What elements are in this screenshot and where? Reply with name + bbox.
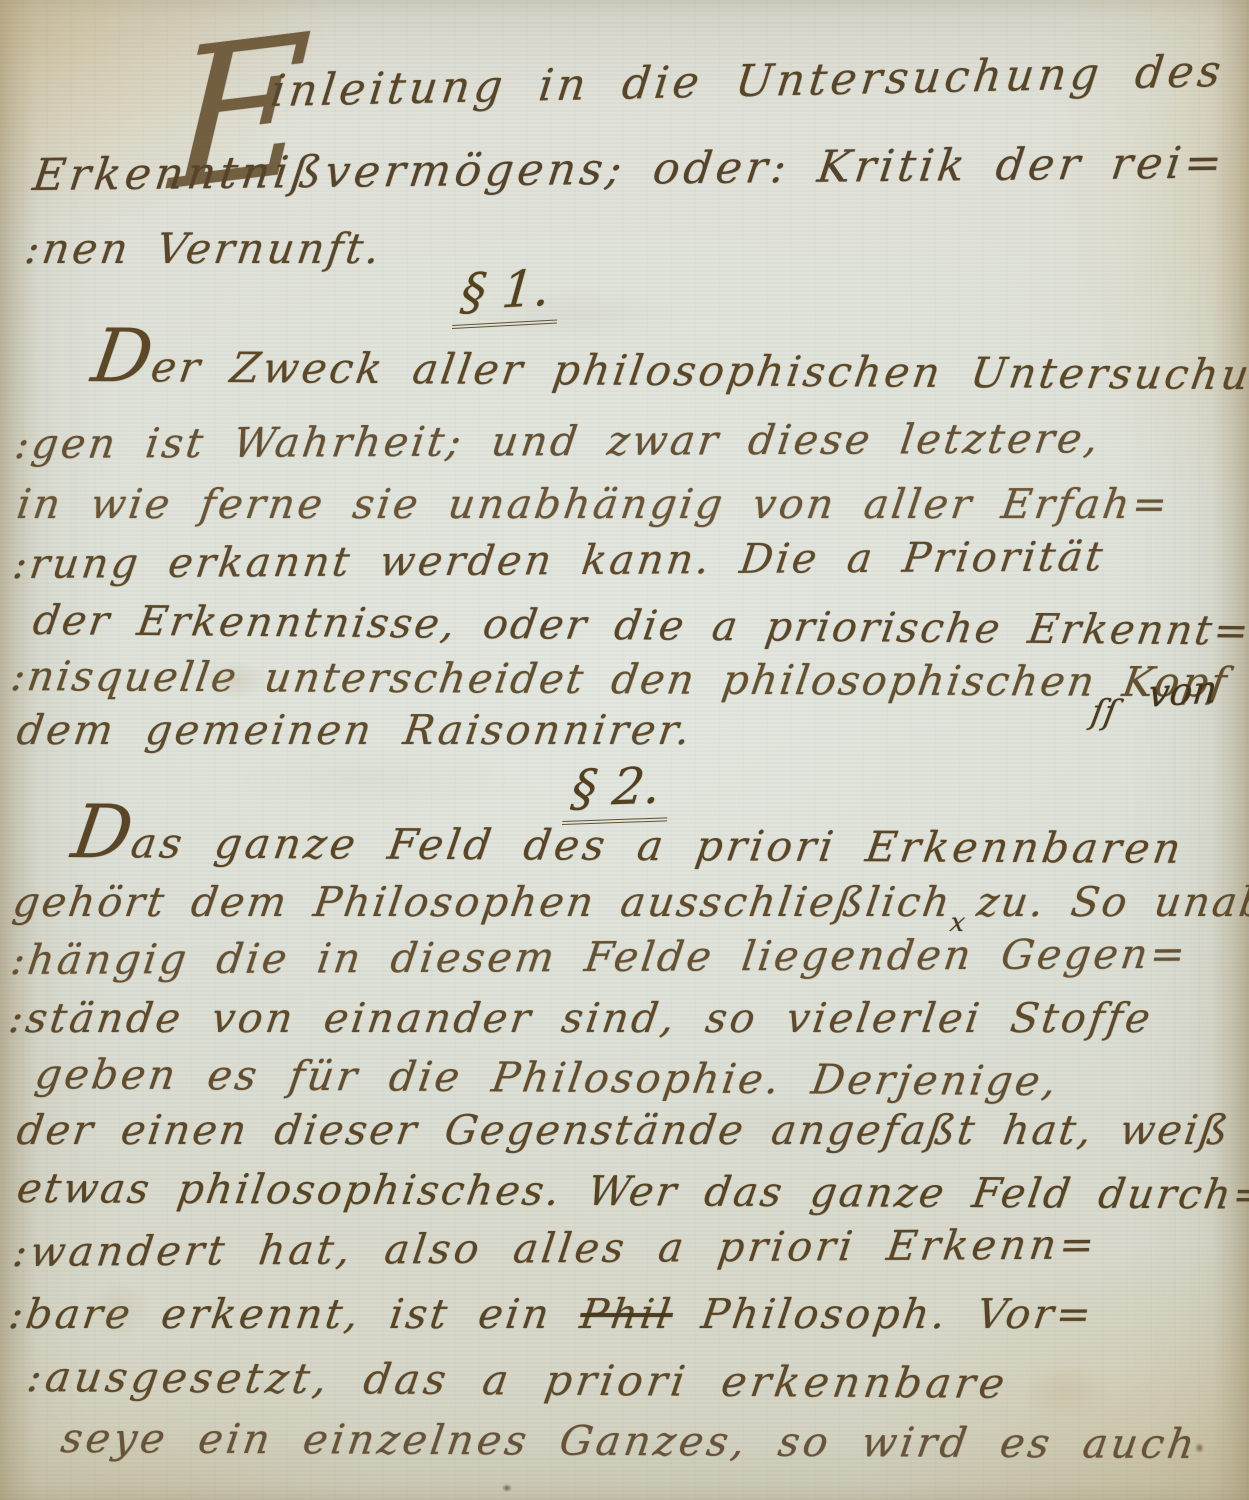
manuscript-line: :ausgesetzt, das a priori erkennbare (24, 1352, 1012, 1408)
manuscript-line: gehört dem Philosophen ausschließlich zu… (10, 878, 1249, 926)
manuscript-line: dem gemeinen Raisonnirer. (14, 706, 696, 754)
manuscript-line: in wie ferne sie unabhängig von aller Er… (14, 480, 1173, 528)
struck-word: Phil (577, 1290, 676, 1338)
manuscript-page: E inleitung in die Untersuchung des Erke… (0, 0, 1249, 1500)
title-line: :nen Vernunft. (22, 224, 386, 273)
manuscript-line: der Erkenntnisse, oder die a priorische … (30, 596, 1249, 655)
manuscript-line: :bare erkennt, ist ein Phil Philosoph. V… (6, 1290, 1097, 1338)
insertion-mark: ſſ (1088, 692, 1120, 733)
manuscript-line: Das ganze Feld des a priori Erkennbaren (68, 818, 1187, 873)
manuscript-line: der einen dieser Gegenstände angefaßt ha… (14, 1106, 1233, 1154)
manuscript-line: etwas philosophisches. Wer das ganze Fel… (14, 1164, 1249, 1219)
ink-speck (502, 1484, 512, 1492)
line-segment: :bare erkennt, ist ein (6, 1290, 584, 1338)
manuscript-line: geben es für die Philosophie. Derjenige, (32, 1050, 1062, 1105)
manuscript-line: :gen ist Wahrheit; und zwar diese letzte… (12, 414, 1104, 468)
section-heading: § 2. (562, 756, 673, 825)
manuscript-line: :stände von einander sind, so vielerlei … (6, 994, 1156, 1042)
paper-stain (1020, 1360, 1110, 1420)
line-segment: Philosoph. Vor= (669, 1290, 1097, 1338)
manuscript-line: Der Zweck aller philosophischen Untersuc… (88, 342, 1249, 400)
manuscript-line: :nisquelle unterscheidet den philosophis… (8, 652, 1232, 706)
manuscript-line: :wandert hat, also alles a priori Erkenn… (10, 1220, 1101, 1276)
title-line: inleitung in die Untersuchung des (268, 46, 1227, 117)
manuscript-line: :rung erkannt werden kann. Die a Priorit… (10, 532, 1108, 588)
inserted-word: von (1146, 667, 1219, 716)
manuscript-line: :hängig die in diesem Felde liegenden Ge… (8, 930, 1191, 984)
section-heading: § 1. (452, 258, 562, 329)
manuscript-line: seye ein einzelnes Ganzes, so wird es au… (58, 1414, 1201, 1468)
